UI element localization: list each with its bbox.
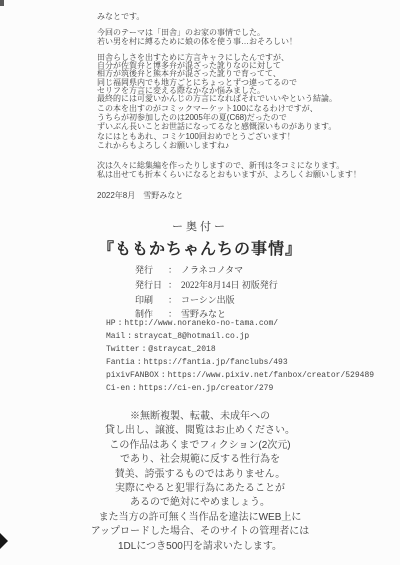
- colophon-heading: ー奥付ー: [0, 218, 400, 234]
- link-url: https://www.pixiv.net/fanbox/creator/529…: [168, 371, 374, 380]
- afterword-line: なにはともあれ、コミケ100回おめでとうございます！: [97, 132, 336, 141]
- colophon-page: みなとです。 今回のテーマは「田舎」のお家の事情でした。 若い男を村に縛るために…: [0, 0, 400, 565]
- afterword-paragraph-2: 田舎らしさを出すために方言キャラにしたんですが、 自分が佐賀弁と博多弁が混ざった…: [97, 54, 337, 103]
- afterword-line: 今回のテーマは「田舎」のお家の事情でした。: [97, 28, 297, 37]
- link-separator: :: [142, 345, 147, 354]
- entry-value: 2022年8月14日 初版発行: [181, 280, 278, 290]
- link-url: straycat_8@hotmail.co.jp: [134, 332, 249, 341]
- entry-value: ノラネコノタマ: [181, 265, 243, 275]
- disclaimer-line: この作品はあくまでフィクション(2次元): [0, 439, 400, 453]
- link-separator: :: [127, 332, 132, 341]
- afterword-line: ずいぶん長いことお世話になってるなと感慨深いものがあります。: [97, 122, 336, 131]
- link-label: Mail: [106, 332, 125, 341]
- link-separator: :: [132, 384, 137, 393]
- colophon-entry-publisher: 発行：ノラネコノタマ: [135, 263, 278, 278]
- afterword-line: 次は久々に総集編を作ったりしますので、新刊は冬コミになります。: [97, 161, 361, 170]
- afterword-signature: 2022年8月 雪野みなと: [97, 191, 183, 200]
- link-separator: :: [118, 319, 123, 328]
- link-ci-en: Ci-en:https://ci-en.jp/creator/279: [106, 383, 374, 396]
- colophon-entries: 発行：ノラネコノタマ 発行日：2022年8月14日 初版発行 印刷：コーシン出版…: [135, 263, 278, 322]
- link-mail: Mail:straycat_8@hotmail.co.jp: [106, 331, 374, 344]
- afterword-line: みなとです。: [97, 12, 144, 21]
- colophon-entry-printer: 印刷：コーシン出版: [135, 293, 278, 308]
- colophon-entry-date: 発行日：2022年8月14日 初版発行: [135, 278, 278, 293]
- book-title: 『ももかちゃんちの事情』: [0, 236, 400, 259]
- entry-label: 発行: [135, 263, 168, 278]
- disclaimer-line: 賛美、誇張するものではありません。: [0, 468, 400, 482]
- link-separator: :: [161, 371, 166, 380]
- disclaimer-line: 1DLにつき500円を請求いたします。: [0, 540, 400, 554]
- afterword-line: この本を出すのがコミックマーケット100になるわけですが、: [97, 104, 336, 113]
- link-url: @straycat_2018: [148, 345, 215, 354]
- entry-separator: ：: [168, 265, 177, 275]
- disclaimer-line: 実際にやると犯罪行為にあたることが: [0, 482, 400, 496]
- link-label: Ci-en: [106, 384, 130, 393]
- afterword-line: 最終的には可愛いかんじの方言になればそれでいいやという結論。: [97, 95, 337, 103]
- disclaimer-line: また当方の許可無く当作品を違法にWEB上に: [0, 511, 400, 525]
- link-url: http://www.noraneko-no-tama.com/: [124, 319, 278, 328]
- afterword-line: これからもよろしくお願いしますね♪: [97, 141, 336, 150]
- disclaimer-line: 貸し出し、譲渡、閲覧はお止めください。: [0, 424, 400, 438]
- link-fantia: Fantia:https://fantia.jp/fanclubs/493: [106, 357, 374, 370]
- link-label: Twitter: [106, 345, 140, 354]
- scan-mark-top-left: [0, 0, 4, 6]
- entry-separator: ：: [168, 295, 177, 305]
- afterword-greeting: みなとです。: [97, 12, 144, 21]
- afterword-paragraph-3: この本を出すのがコミックマーケット100になるわけですが、 うちらが初参加したの…: [97, 104, 336, 150]
- contact-links: HP:http://www.noraneko-no-tama.com/ Mail…: [106, 318, 374, 395]
- afterword-paragraph-1: 今回のテーマは「田舎」のお家の事情でした。 若い男を村に縛るために娘の体を使う事…: [97, 28, 297, 46]
- link-label: Fantia: [106, 358, 135, 367]
- link-twitter: Twitter:@straycat_2018: [106, 344, 374, 357]
- disclaimer-line: ※無断複製、転載、未成年への: [0, 410, 400, 424]
- link-hp: HP:http://www.noraneko-no-tama.com/: [106, 318, 374, 331]
- entry-label: 印刷: [135, 293, 168, 308]
- entry-label: 発行日: [135, 278, 168, 293]
- disclaimer-line: であり、社会規範に反する性行為を: [0, 453, 400, 467]
- link-url: https://ci-en.jp/creator/279: [139, 384, 273, 393]
- entry-separator: ：: [168, 280, 177, 290]
- afterword-line: 私は出せても折本くらいになるとおもいますが、よろしくお願いします！: [97, 170, 361, 179]
- link-url: https://fantia.jp/fanclubs/493: [144, 358, 288, 367]
- entry-value: コーシン出版: [181, 295, 235, 305]
- link-label: pixivFANBOX: [106, 371, 159, 380]
- afterword-line: 若い男を村に縛るために娘の体を使う事…おそろしい！: [97, 37, 297, 46]
- disclaimer-line: アップロードした場合、そのサイトの管理者には: [0, 525, 400, 539]
- link-pixiv-fanbox: pixivFANBOX:https://www.pixiv.net/fanbox…: [106, 370, 374, 383]
- afterword-paragraph-4: 次は久々に総集編を作ったりしますので、新刊は冬コミになります。 私は出せても折本…: [97, 161, 361, 179]
- disclaimer-line: あるので絶対にやめましょう。: [0, 496, 400, 510]
- link-label: HP: [106, 319, 116, 328]
- disclaimer-block: ※無断複製、転載、未成年への 貸し出し、譲渡、閲覧はお止めください。 この作品は…: [0, 410, 400, 554]
- link-separator: :: [137, 358, 142, 367]
